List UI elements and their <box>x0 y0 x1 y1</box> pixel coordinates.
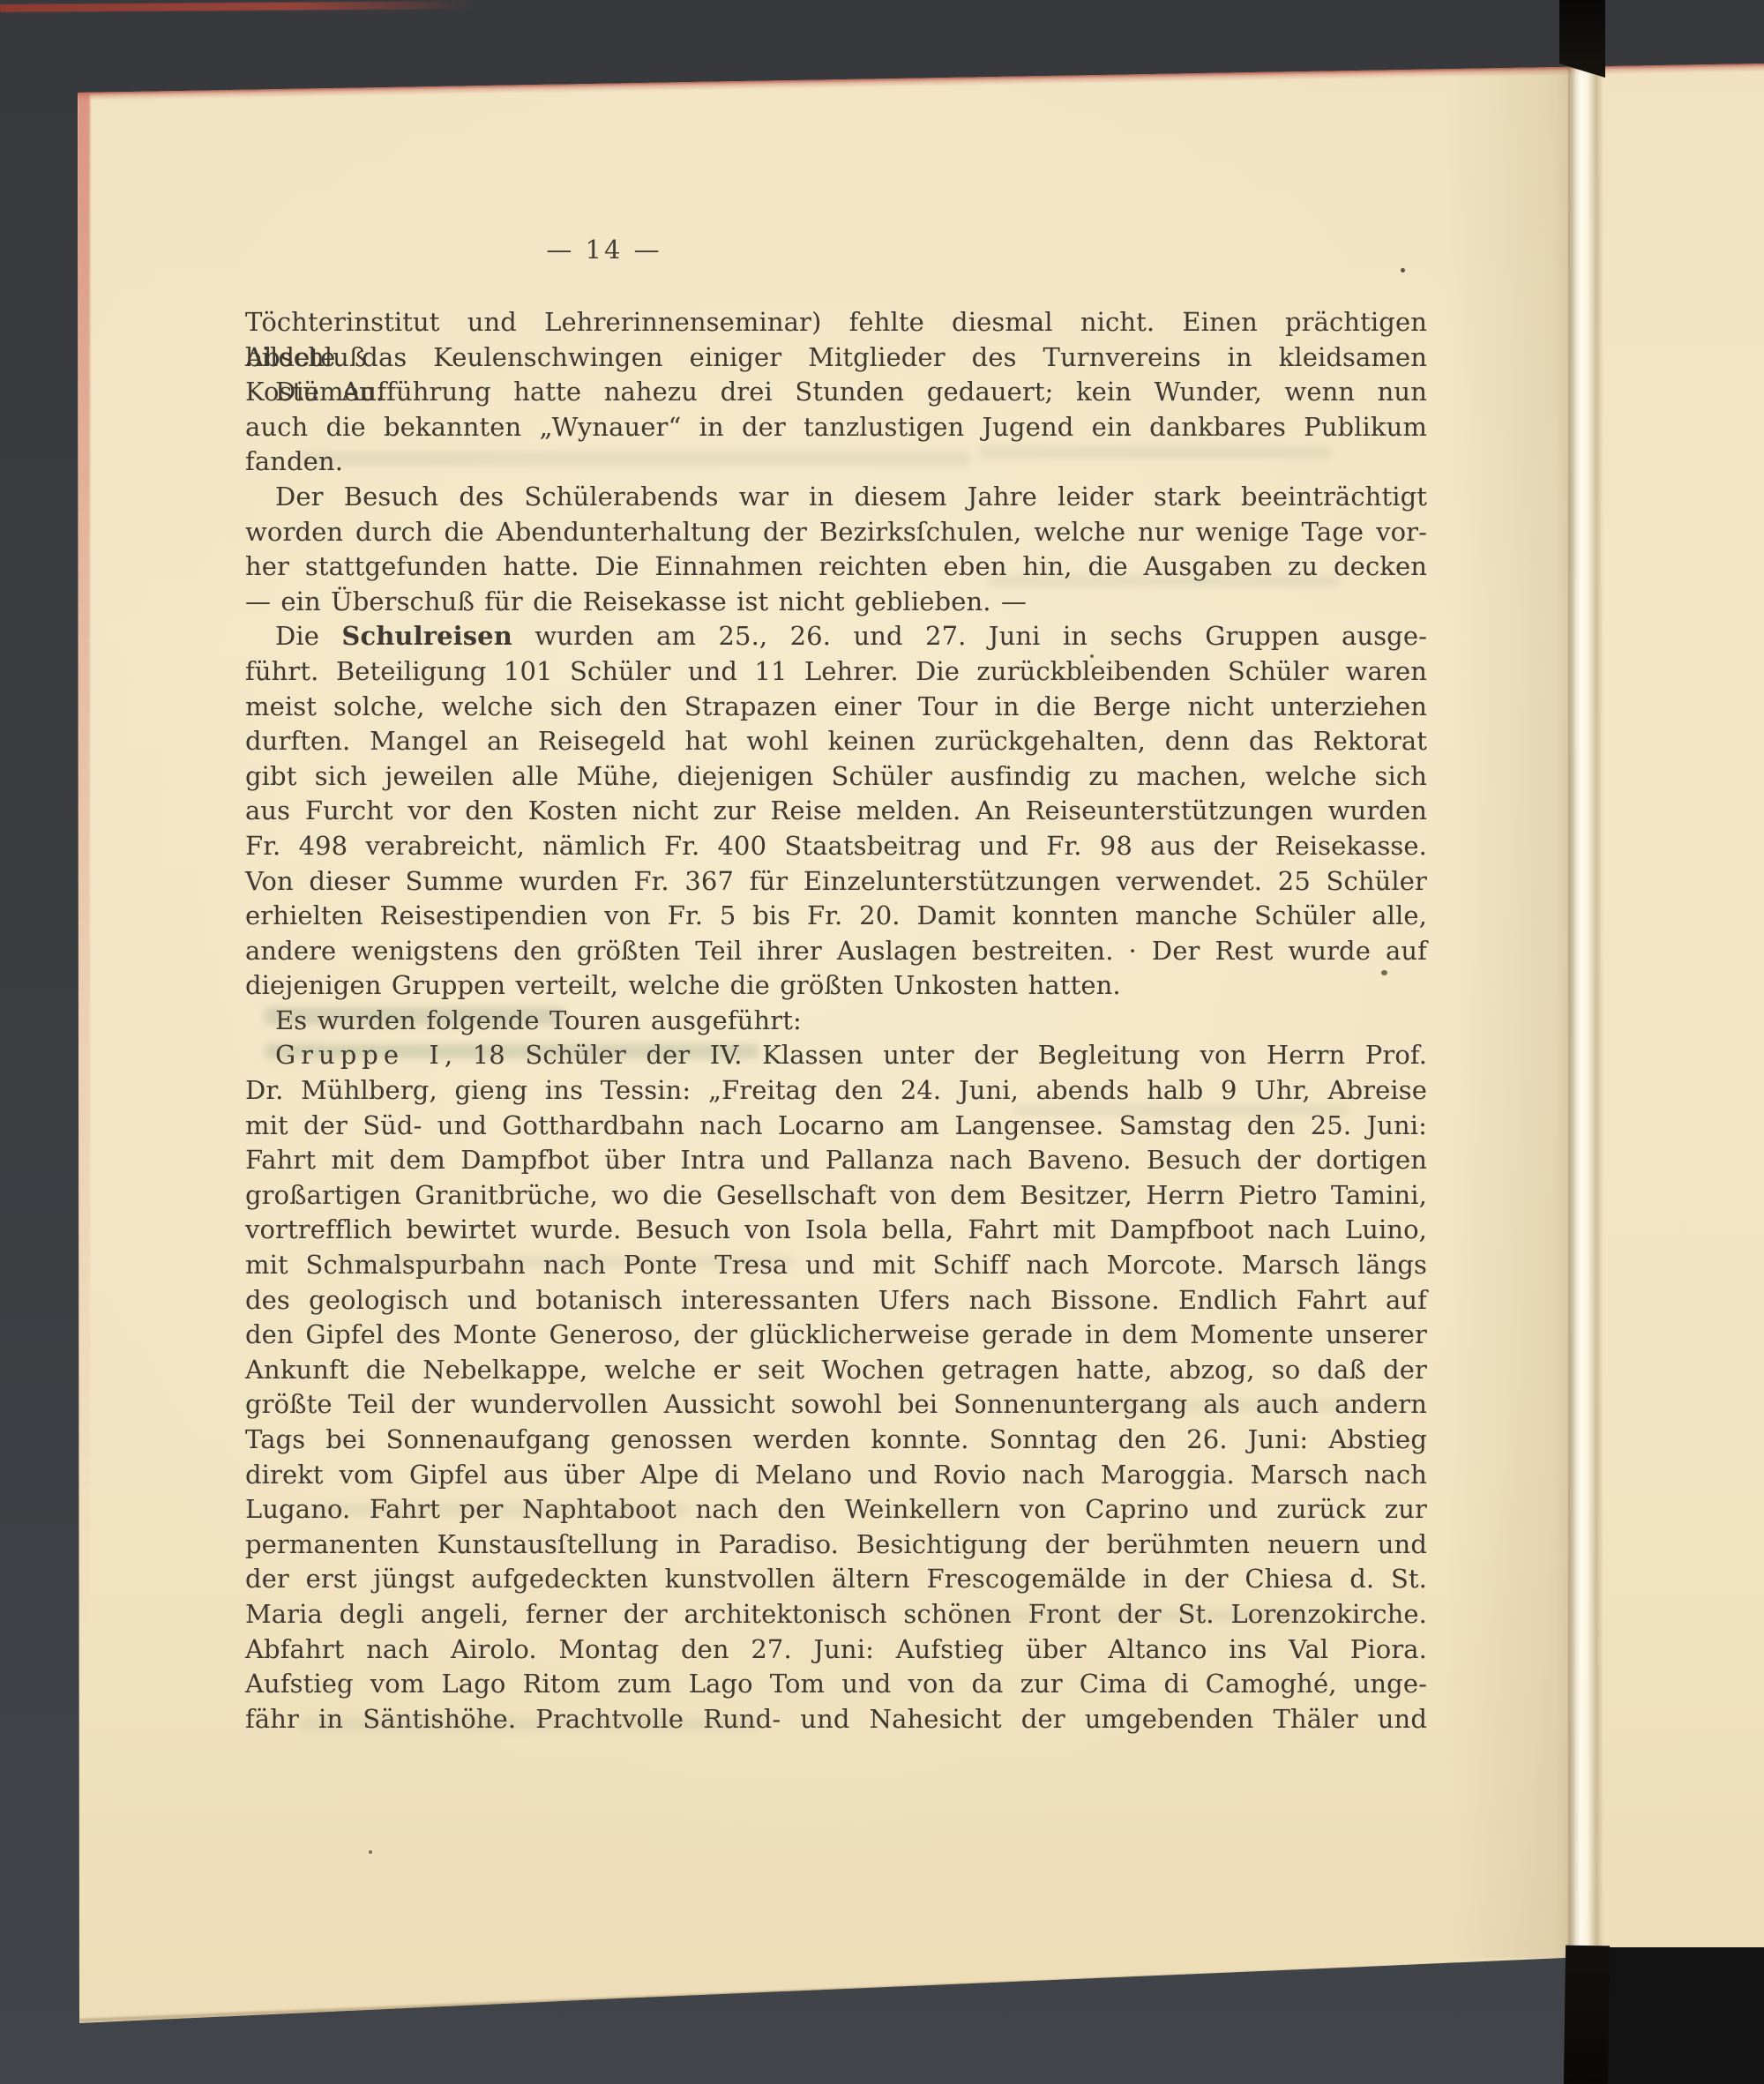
text-line: größte Teil der wundervollen Aussicht so… <box>245 1387 1427 1423</box>
text-line: meist solche, welche sich den Strapazen … <box>245 690 1427 725</box>
cover-corner-dark <box>1605 1947 1764 2084</box>
text-line: Töchterinstitut und Lehrerinnenseminar) … <box>245 305 1427 340</box>
page-number: — 14 — <box>525 235 684 265</box>
text-line: diejenigen Gruppen verteilt, welche die … <box>245 968 1427 1004</box>
red-cover-edge <box>0 1 476 12</box>
text-line: Aufstieg vom Lago Ritom zum Lago Tom und… <box>245 1667 1427 1702</box>
text-line: her stattgefunden hatte. Die Einnahmen r… <box>245 549 1427 585</box>
text-line: — ein Überschuß für die Reisekasse ist n… <box>245 585 1427 620</box>
gutter-crease <box>1568 60 1603 1961</box>
text-line: permanenten Kunstausſtellung in Paradiso… <box>245 1528 1427 1563</box>
text-line: Ankunft die Nebelkappe, welche er seit W… <box>245 1353 1427 1388</box>
text-line: Fr. 498 verabreicht, nämlich Fr. 400 Sta… <box>245 829 1427 864</box>
book-page: — 14 — Töchterinstitut und Lehrerinnense… <box>0 0 1764 2084</box>
text-line: durften. Mangel an Reisegeld hat wohl ke… <box>245 724 1427 759</box>
text-line: Abfahrt nach Airolo. Montag den 27. Juni… <box>245 1632 1427 1668</box>
text-line: Die Aufführung hatte nahezu drei Stunden… <box>245 375 1427 410</box>
book-scan: — 14 — Töchterinstitut und Lehrerinnense… <box>0 0 1764 2084</box>
text-line: aus Furcht vor den Kosten nicht zur Reis… <box>245 794 1427 829</box>
text-line: Gruppe I, 18 Schüler der IV. Klassen unt… <box>245 1038 1427 1073</box>
gutter-shadow <box>1446 62 1574 1958</box>
bookmark-ribbon-top <box>1559 0 1605 78</box>
text-line: des geologisch und botanisch interessant… <box>245 1283 1427 1318</box>
text-line: Von dieser Summe wurden Fr. 367 für Einz… <box>245 864 1427 900</box>
page-bottom-edge <box>79 1951 1764 2022</box>
text-line: gibt sich jeweilen alle Mühe, diejenigen… <box>245 759 1427 795</box>
text-block: Töchterinstitut und Lehrerinnenseminar) … <box>245 305 1427 1737</box>
text-line: fähr in Säntishöhe. Prachtvolle Rund- un… <box>245 1702 1427 1737</box>
stained-left-edge <box>78 92 90 1635</box>
scan-speck <box>1401 268 1405 273</box>
text-line: Lugano. Fahrt per Naphtaboot nach den We… <box>245 1492 1427 1528</box>
text-line: erhielten Reisestipendien von Fr. 5 bis … <box>245 899 1427 934</box>
text-line: vortrefflich bewirtet wurde. Besuch von … <box>245 1213 1427 1248</box>
text-line: Die Schulreisen wurden am 25., 26. und 2… <box>245 619 1427 654</box>
text-line: führt. Beteiligung 101 Schüler und 11 Le… <box>245 654 1427 690</box>
text-line: mit Schmalspurbahn nach Ponte Tresa und … <box>245 1248 1427 1283</box>
text-line: Es wurden folgende Touren ausgeführt: <box>245 1004 1427 1039</box>
text-line: bildete das Keulenschwingen einiger Mitg… <box>245 340 1427 376</box>
scan-speck <box>369 1850 372 1854</box>
text-line: Der Besuch des Schülerabends war in dies… <box>245 480 1427 515</box>
text-line: auch die bekannten „Wynauer“ in der tanz… <box>245 410 1427 445</box>
text-line: Dr. Mühlberg, gieng ins Tessin: „Freitag… <box>245 1073 1427 1109</box>
text-line: andere wenigstens den größten Teil ihrer… <box>245 934 1427 969</box>
text-line: großartigen Granitbrüche, wo die Gesells… <box>245 1178 1427 1214</box>
bookmark-ribbon-bottom <box>1564 1946 1610 2084</box>
text-line: Tags bei Sonnenaufgang genossen werden k… <box>245 1423 1427 1458</box>
text-line: direkt vom Gipfel aus über Alpe di Melan… <box>245 1458 1427 1493</box>
text-line: den Gipfel des Monte Generoso, der glück… <box>245 1318 1427 1353</box>
text-line: mit der Süd- und Gotthardbahn nach Locar… <box>245 1109 1427 1144</box>
text-line: Maria degli angeli, ferner der architekt… <box>245 1597 1427 1632</box>
text-line: der erst jüngst aufgedeckten kunstvollen… <box>245 1562 1427 1597</box>
text-line: fanden. <box>245 444 1427 480</box>
text-line: worden durch die Abendunterhaltung der B… <box>245 515 1427 550</box>
text-line: Fahrt mit dem Dampfbot über Intra und Pa… <box>245 1143 1427 1178</box>
